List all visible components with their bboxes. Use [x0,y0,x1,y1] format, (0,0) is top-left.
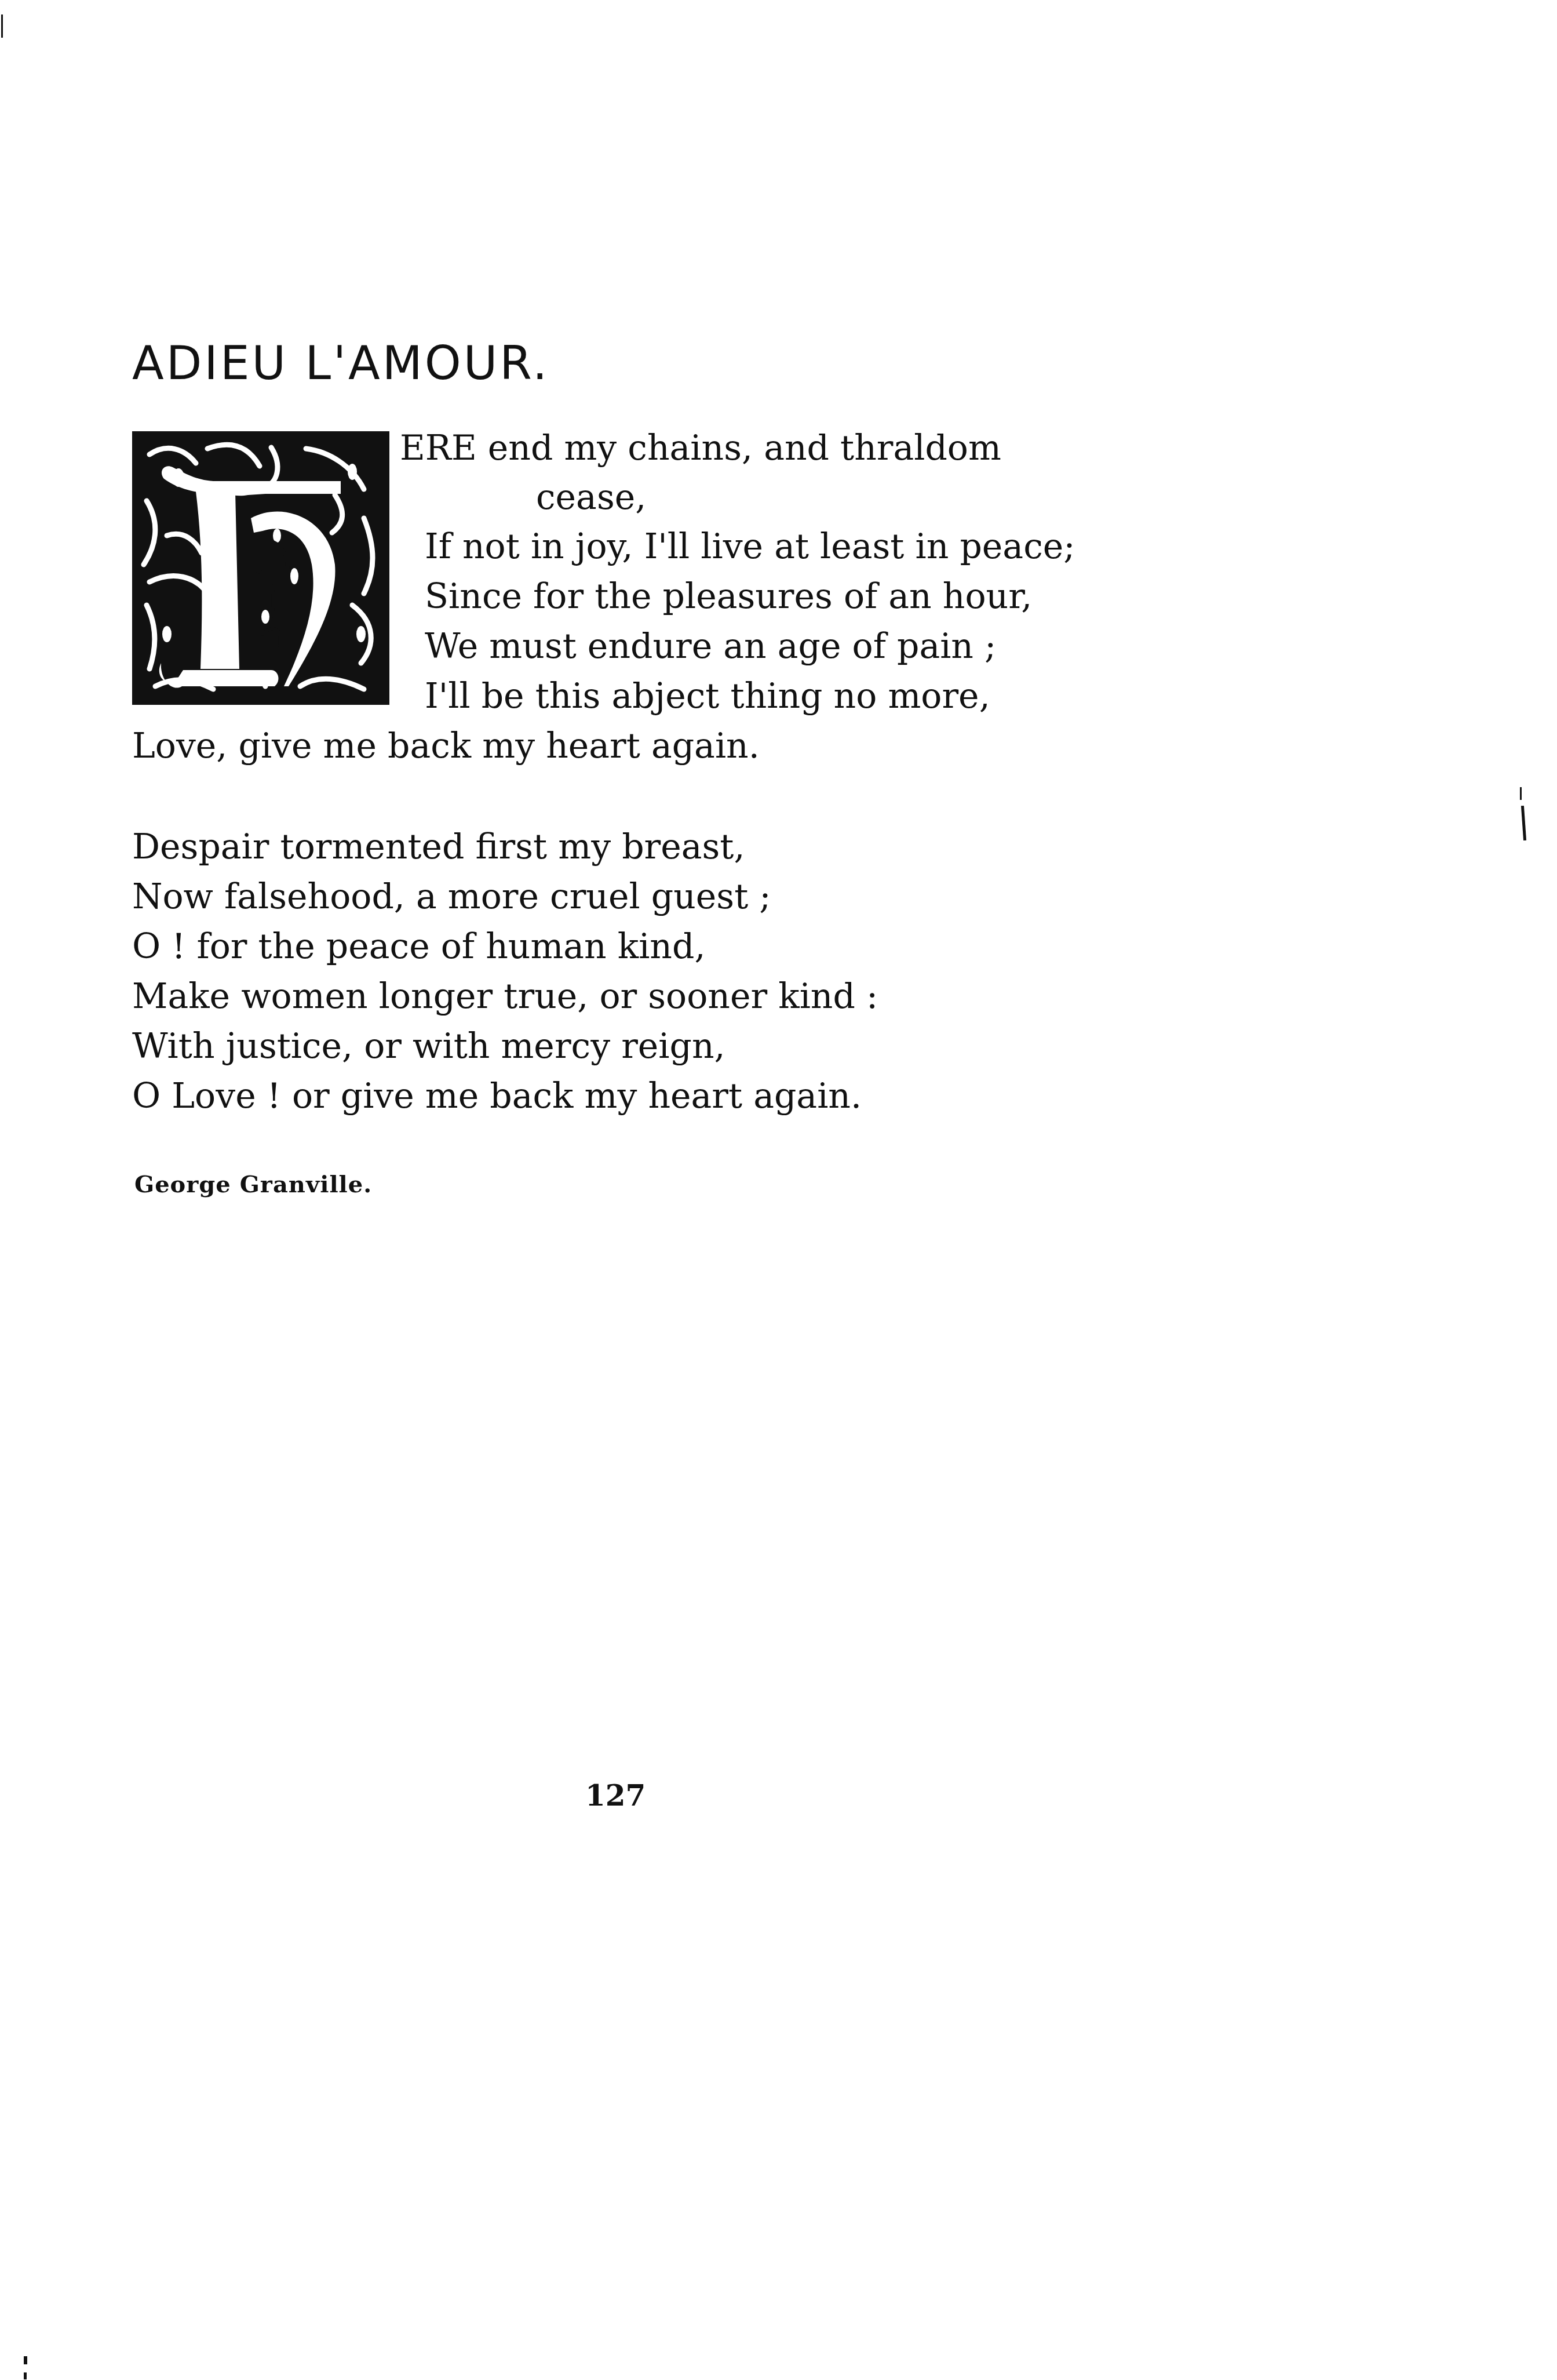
scan-mark [1,14,3,38]
drop-cap-initial [132,431,389,705]
poem-line: O Love ! or give me back my heart again. [132,1071,862,1121]
scan-mark [1520,787,1522,800]
poem-line: Now falsehood, a more cruel guest ; [132,872,771,922]
poem-line: With justice, or with mercy reign, [132,1021,725,1071]
poem-line: Love, give me back my heart again. [132,721,760,771]
poem-line: If not in joy, I'll live at least in pea… [425,522,1075,572]
poem-line: I'll be this abject thing no more, [425,671,990,721]
poem-line: Make women longer true, or sooner kind : [132,971,878,1021]
page-number: 127 [585,1778,646,1813]
poem-line: We must endure an age of pain ; [425,621,996,671]
poem-line: ERE end my chains, and thraldom [400,423,1001,473]
scan-mark [24,2356,27,2364]
poem-line: Since for the pleasures of an hour, [425,572,1032,621]
poem-author: George Granville. [134,1171,372,1198]
poem-line: O ! for the peace of human kind, [132,922,705,971]
ornamental-letter-h-icon [132,431,389,705]
scan-mark [1521,806,1526,840]
scan-mark [24,2372,27,2379]
poem-line: cease, [536,472,646,522]
poem-line: Despair tormented first my breast, [132,822,745,872]
poem-title: ADIEU L'AMOUR. [132,336,549,390]
